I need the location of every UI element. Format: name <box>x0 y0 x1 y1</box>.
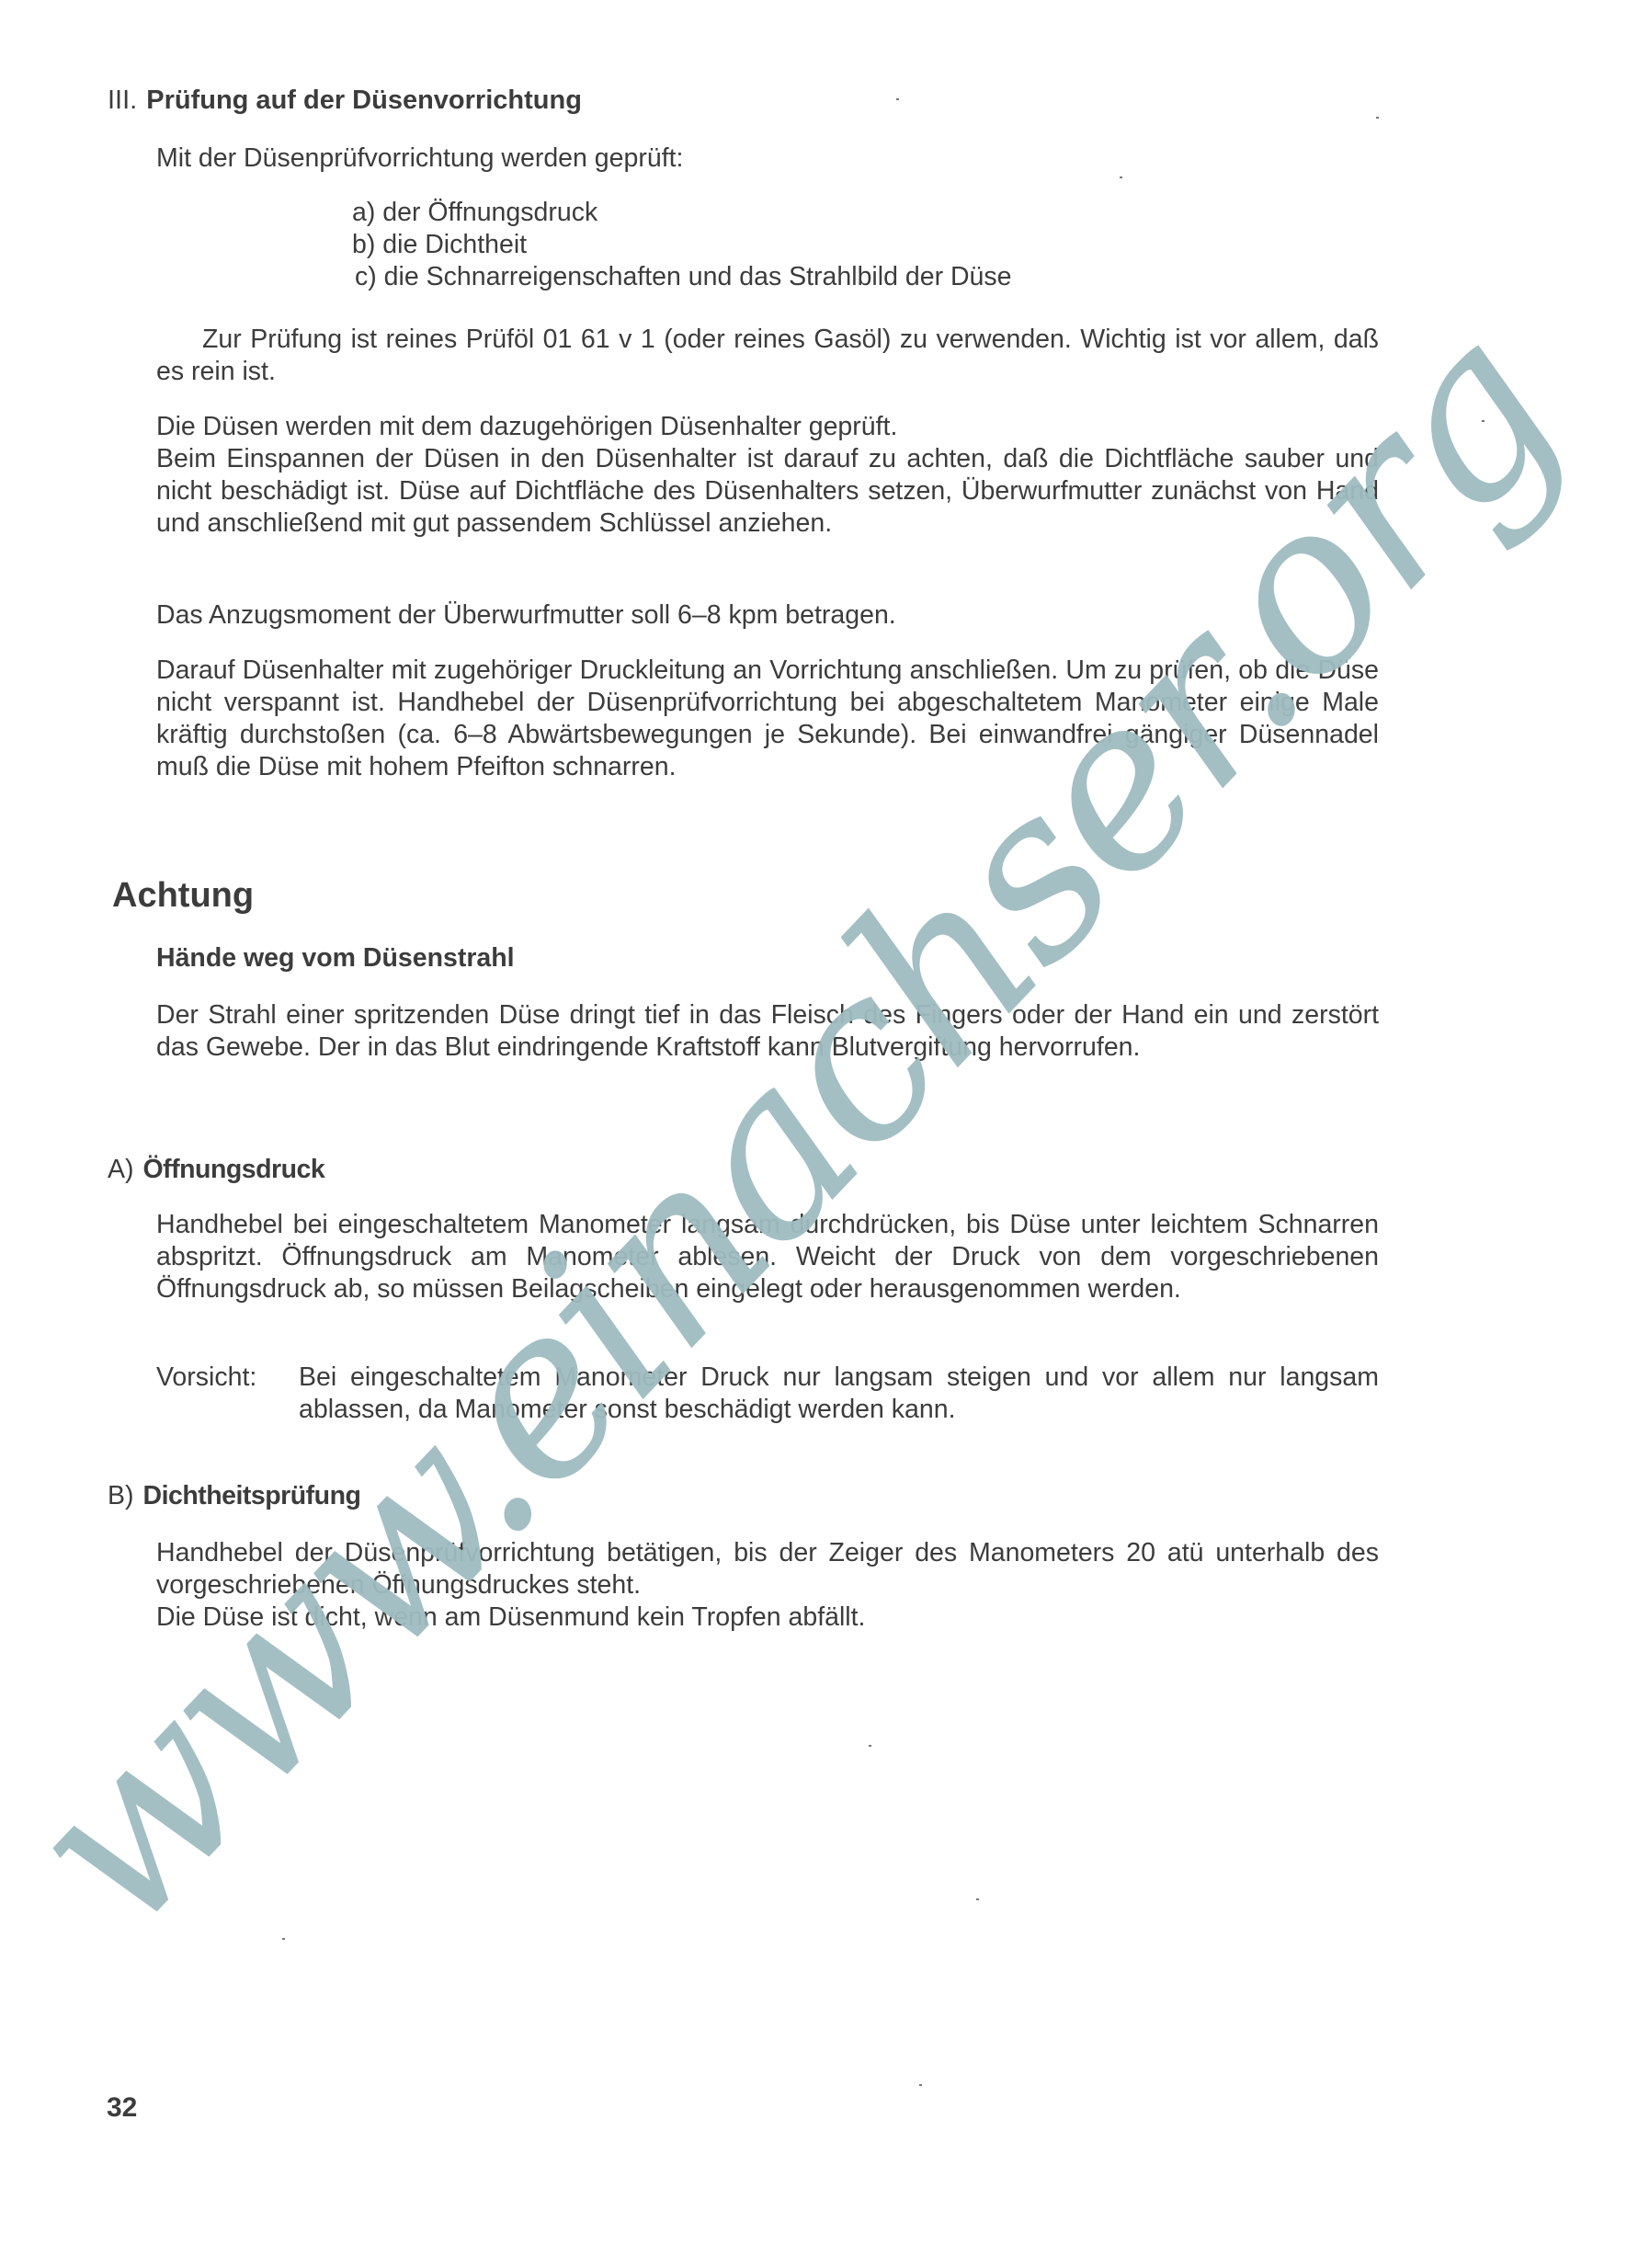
section-a-text: Handhebel bei eingeschaltetem Manometer … <box>156 1209 1379 1305</box>
section-number: III. <box>108 85 137 115</box>
watermark: www.einachser.org <box>0 292 1593 1966</box>
paragraph-clamping: Beim Einspannen der Düsen in den Düsenha… <box>156 443 1379 540</box>
scan-speck <box>1376 117 1379 119</box>
paragraph-connect: Darauf Düsenhalter mit zugehöriger Druck… <box>156 655 1379 783</box>
warning-text: Der Strahl einer spritzenden Düse dringt… <box>156 999 1379 1064</box>
intro-text: Mit der Düsenprüfvorrichtung werden gepr… <box>156 142 1379 175</box>
check-item: c) die Schnarreigenschaften und das Stra… <box>355 261 1012 293</box>
section-b-text-2: Die Düse ist dicht, wenn am Düsenmund ke… <box>156 1601 1379 1634</box>
scan-speck <box>919 2084 922 2086</box>
caution-label: Vorsicht: <box>156 1362 256 1394</box>
paragraph-test-oil: Zur Prüfung ist reines Prüföl 01 61 v 1 … <box>156 324 1379 388</box>
document-page: III.Prüfung auf der Düsenvorrichtung Mit… <box>0 0 1627 2268</box>
section-title: Prüfung auf der Düsenvorrichtung <box>146 85 582 115</box>
section-a-title: Öffnungsdruck <box>143 1155 325 1184</box>
scan-speck <box>1482 420 1485 422</box>
section-b-label: B) <box>108 1481 134 1510</box>
check-item: a) der Öffnungsdruck <box>352 197 1012 229</box>
caution-text: Bei eingeschaltetem Manometer Druck nur … <box>299 1362 1379 1426</box>
caution-note: Vorsicht: Bei eingeschaltetem Manometer … <box>156 1362 1379 1426</box>
paragraph-torque: Das Anzugsmoment der Überwurfmutter soll… <box>156 599 1379 632</box>
section-a-label: A) <box>108 1155 134 1184</box>
section-b-title: Dichtheitsprüfung <box>143 1481 361 1510</box>
paragraph-nozzle-holder: Die Düsen werden mit dem dazugehörigen D… <box>156 411 1379 443</box>
warning-heading: Achtung <box>112 875 254 916</box>
scan-speck <box>976 1898 979 1900</box>
section-b-text-1: Handhebel der Düsenprüfvorrichtung betät… <box>156 1537 1379 1601</box>
scan-speck <box>282 1938 285 1940</box>
scan-speck <box>869 1745 871 1747</box>
section-heading: III.Prüfung auf der Düsenvorrichtung <box>108 85 582 117</box>
page-number: 32 <box>107 2092 137 2124</box>
check-list: a) der Öffnungsdruck b) die Dichtheit c)… <box>352 197 1012 293</box>
scan-speck <box>896 98 899 100</box>
check-item: b) die Dichtheit <box>352 229 1012 261</box>
warning-subheading: Hände weg vom Düsenstrahl <box>156 942 515 974</box>
section-b-heading: B)Dichtheitsprüfung <box>108 1480 360 1512</box>
scan-speck <box>1120 177 1122 178</box>
section-a-heading: A)Öffnungsdruck <box>108 1154 324 1186</box>
